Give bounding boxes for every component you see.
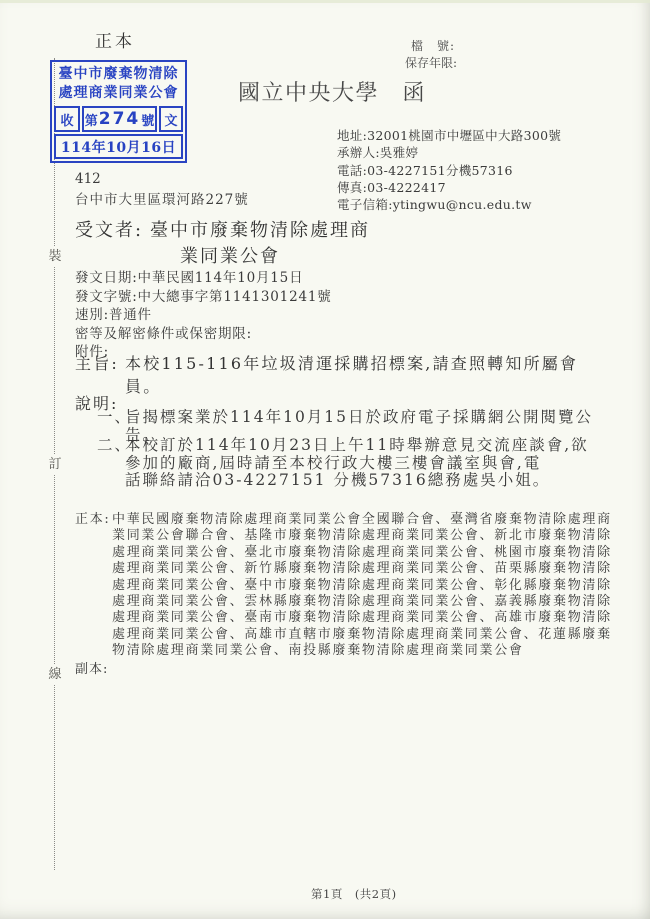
security-classification: 密等及解密條件或保密期限:	[75, 325, 332, 344]
receipt-stamp: 臺中市廢棄物清除 處理商業同業公會 收 第 274 號 文 114年10月16日	[50, 60, 187, 163]
subject-text: 本校115-116年垃圾清運採購招標案,請查照轉知所屬會 員。	[125, 353, 595, 398]
distribution-original-label: 正本:	[75, 512, 110, 528]
issue-date: 發文日期:中華民國114年10月15日	[75, 269, 332, 288]
stamp-org-line1: 臺中市廢棄物清除	[54, 65, 183, 84]
recipient-zip: 412	[75, 171, 101, 187]
scan-top-edge	[0, 0, 650, 3]
document-number: 發文字號:中大總事字第1141301241號	[75, 288, 332, 307]
item-1-number: 一、	[97, 409, 132, 427]
stamp-document-number: 第 274 號	[82, 106, 157, 132]
sender-contact-person: 承辦人:吳雅婷	[337, 144, 561, 161]
sender-email: 電子信箱:ytingwu@ncu.edu.tw	[337, 196, 561, 213]
copy-type-label: 正本	[95, 27, 135, 52]
stamp-number-row: 收 第 274 號 文	[54, 106, 183, 132]
scanned-official-letter: 裝 訂 線 正本 檔 號: 保存年限: 國立中央大學 函 臺中市廢棄物清除 處理…	[0, 0, 650, 919]
distribution-copy-label: 副本:	[75, 658, 108, 677]
stamp-number-value: 274	[99, 109, 141, 129]
stamp-receive-date: 114年10月16日	[54, 134, 183, 159]
sender-fax: 傳真:03-4222417	[337, 179, 561, 196]
recipient-block: 受文者: 臺中市廢棄物清除處理商 業同業公會	[75, 218, 370, 270]
sender-phone: 電話:03-4227151分機57316	[337, 162, 561, 179]
distribution-original-text: 中華民國廢棄物清除處理商業同業公會全國聯合會、臺灣省廢棄物清除處理商 業同業公會…	[112, 512, 623, 660]
sender-address: 地址:32001桃園市中壢區中大路300號	[337, 127, 561, 144]
stamp-doc-label: 文	[159, 106, 183, 132]
file-number-label: 檔 號:	[411, 37, 455, 54]
explanation-item-2: 二、 本校訂於114年10月23日上午11時舉辦意見交流座談會,欲 參加的廠商,…	[97, 437, 609, 490]
binding-mark-xian: 線	[47, 664, 63, 685]
recipient-name-line1: 臺中市廢棄物清除處理商	[150, 218, 370, 244]
subject-paragraph: 主旨: 本校115-116年垃圾清運採購招標案,請查照轉知所屬會 員。	[75, 353, 595, 398]
sender-contact-block: 地址:32001桃園市中壢區中大路300號 承辦人:吳雅婷 電話:03-4227…	[337, 127, 561, 213]
binding-mark-zhuang: 裝	[47, 246, 63, 267]
item-2-text: 本校訂於114年10月23日上午11時舉辦意見交流座談會,欲 參加的廠商,屆時請…	[125, 437, 609, 490]
stamp-number-suffix: 號	[141, 110, 154, 129]
recipient-name: 臺中市廢棄物清除處理商 業同業公會	[150, 218, 370, 270]
document-meta-block: 發文日期:中華民國114年10月15日 發文字號:中大總事字第114130124…	[75, 269, 332, 362]
delivery-speed: 速別:普通件	[75, 306, 332, 325]
stamp-org-line2: 處理商業同業公會	[54, 84, 183, 103]
distribution-original: 正本: 中華民國廢棄物清除處理商業同業公會全國聯合會、臺灣省廢棄物清除處理商 業…	[75, 512, 623, 660]
subject-label: 主旨:	[75, 353, 119, 376]
document-title: 國立中央大學 函	[238, 76, 426, 107]
recipient-label: 受文者:	[75, 218, 143, 244]
stamp-receive-label: 收	[54, 106, 80, 132]
page-number: 第1頁 (共2頁)	[311, 886, 397, 902]
retention-period-label: 保存年限:	[405, 54, 457, 71]
recipient-name-line2: 業同業公會	[150, 244, 370, 270]
stamp-number-prefix: 第	[85, 110, 98, 129]
item-2-number: 二、	[97, 437, 132, 455]
stamp-organization: 臺中市廢棄物清除 處理商業同業公會	[54, 65, 183, 103]
binding-mark-ding: 訂	[47, 454, 63, 475]
recipient-street: 台中市大里區環河路227號	[75, 188, 249, 208]
